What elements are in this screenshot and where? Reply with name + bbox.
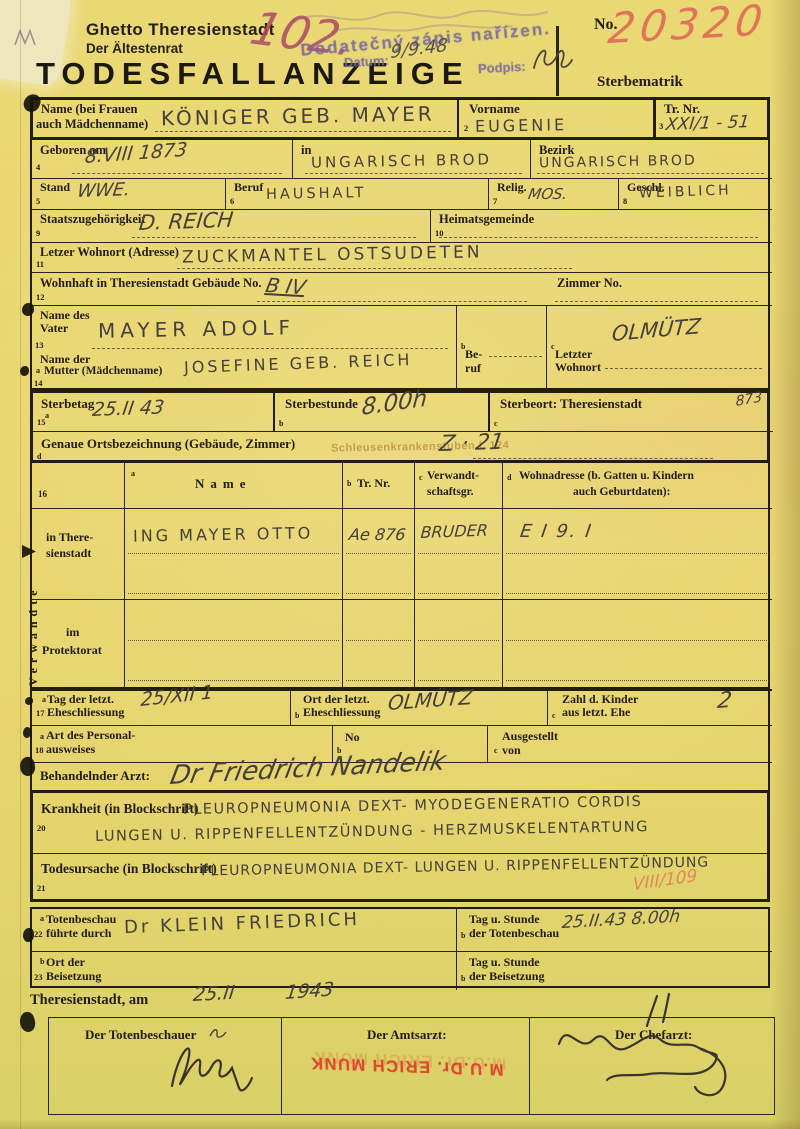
sterbematrik-label: Sterbematrik [597, 74, 683, 91]
col-sub-a: a [131, 469, 135, 478]
totenbeschau-durch-field: a Totenbeschau führte durch 22 Dr KLEIN … [32, 909, 456, 951]
sterbetag-label: Sterbetag [41, 397, 94, 412]
pen-mark [208, 1026, 228, 1040]
ortsbezeichnung-label: Genaue Ortsbezeichnung (Gebäude, Zimmer) [41, 437, 295, 452]
relatives-header: 16 a Name b Tr. Nr. c Verwandt- schaftsg… [32, 463, 772, 509]
vater-beruf-field: b Be- ruf [456, 306, 546, 390]
krankheit-value-2: LUNGEN U. RIPPENFELLENTZÜNDUNG - HERZMUS… [95, 820, 649, 844]
ehe-tag-sub: a [42, 695, 46, 704]
row-arzt: Behandelnder Arzt: Dr Friedrich Nandelik [32, 762, 772, 790]
gebaeude-field: Wohnhaft in Theresienstadt Gebäude No. 1… [32, 273, 547, 305]
totenbeschauer-signature [162, 1032, 262, 1102]
sterbeort-field: Sterbeort: Theresienstadt c 873 [488, 393, 773, 431]
geschl-num: 8 [623, 196, 627, 206]
gebaeude-num: 12 [36, 292, 45, 302]
ehe-kinder-field: c Zahl d. Kinder aus letzt. Ehe 2 [547, 691, 772, 725]
geschl-field: Geschl. 8 WEIBLICH [618, 179, 772, 209]
section-totenbeschau: a Totenbeschau führte durch 22 Dr KLEIN … [30, 907, 770, 988]
vorname-label: Vorname [469, 102, 520, 117]
ehe-tag-label-2: Eheschliessung [47, 706, 124, 719]
ausweis-ausgestellt-label-1: Ausgestellt [502, 730, 558, 743]
empty-cell [342, 600, 414, 689]
name-field: Name (bei Frauen auch Mädchenname) KÖNIG… [33, 100, 457, 137]
sterbetag-field: Sterbetag a 15 25.II 43 [33, 393, 273, 431]
death-notice-document: Ghetto Theresienstadt Der Ältestenrat TO… [0, 0, 800, 1129]
ehe-kinder-label-2: aus letzt. Ehe [562, 706, 630, 719]
relig-num: 7 [493, 196, 497, 206]
mutter-sub: a [36, 366, 40, 375]
geboren-value: 8.VIII 1873 [84, 141, 188, 167]
col-sub-c: c [419, 473, 423, 482]
krankheit-value-1: PLEUROPNEUMONIA DEXT- MYODEGENERATIO COR… [183, 795, 643, 818]
sterbeort-label: Sterbeort: Theresienstadt [500, 397, 642, 412]
ink-blot [25, 697, 33, 705]
vater-baseline [92, 348, 448, 349]
ortsbezeichnung-sub: d [37, 452, 41, 461]
ink-blot [23, 727, 31, 738]
totenbeschau-sub: a [40, 914, 44, 923]
signature-divider-2 [529, 1018, 530, 1114]
stand-value: WWE. [76, 181, 131, 201]
gebaeude-value: B IV [264, 275, 307, 297]
vater-wohnort-label-2: Wohnort [555, 361, 601, 374]
empty-cell [414, 600, 502, 689]
relative-addr-value: E I 9. I [519, 523, 594, 541]
krankheit-num: 20 [37, 823, 46, 833]
ehe-ort-sub: b [295, 711, 299, 720]
geboren-in-value: UNGARISCH BROD [311, 152, 492, 170]
ink-blot [22, 303, 34, 316]
totenbeschau-label-1: Totenbeschau [46, 913, 116, 926]
dotline [418, 680, 499, 681]
relative-verw-cell: BRUDER [414, 509, 502, 599]
ink-blot [23, 928, 34, 942]
relatives-row-theresienstadt: in There- sienstadt ING MAYER OTTO Ae 87… [32, 509, 772, 599]
ausweis-art-num: 18 [35, 745, 44, 755]
zimmer-baseline [555, 301, 758, 302]
sterbestunde-sub: b [279, 419, 283, 428]
sterbeort-margin-note: 873 [736, 390, 763, 409]
col-header-verw: c Verwandt- schaftsgr. [414, 463, 502, 508]
row-gebaeude: Wohnhaft in Theresienstadt Gebäude No. 1… [32, 272, 772, 305]
row-totenbeschau: a Totenbeschau führte durch 22 Dr KLEIN … [32, 909, 772, 951]
bezirk-baseline [537, 173, 764, 174]
matrik-number-red: 20320 [606, 0, 770, 50]
vorname-value: EUGENIE [475, 117, 567, 135]
section-death: Sterbetag a 15 25.II 43 Sterbestunde b 8… [30, 390, 770, 463]
vater-beruf-label-2: ruf [465, 362, 481, 375]
beisetzung-ort-label-1: Ort der [46, 956, 85, 969]
arzt-label: Behandelnder Arzt: [40, 769, 150, 784]
sterbetag-sub: a [45, 411, 49, 420]
name-baseline [155, 131, 451, 132]
trnr-value: XXI/1 - 51 [665, 114, 750, 134]
dotline [346, 640, 411, 641]
dotline [128, 680, 339, 681]
col-label-addr-2: auch Geburtdaten): [573, 486, 670, 499]
heimat-label: Heimatsgemeinde [439, 212, 534, 226]
closing-year: 1943 [284, 980, 335, 1003]
ortsbezeichnung-baseline [473, 458, 713, 459]
col-label-verw-1: Verwandt- [427, 470, 479, 483]
col-header-addr: d Wohnadresse (b. Gatten u. Kindern auch… [502, 463, 772, 508]
mutter-value: JOSEFINE GEB. REICH [184, 352, 413, 376]
org-name-line1: Ghetto Theresienstadt [86, 20, 275, 40]
dotline [506, 680, 769, 681]
geboren-num: 4 [36, 162, 40, 172]
section-name: Name (bei Frauen auch Mädchenname) KÖNIG… [30, 97, 770, 140]
relative-addr-cell: E I 9. I [502, 509, 772, 599]
totenbeschau-zeit-field: b Tag u. Stunde der Totenbeschau 25.II.4… [456, 909, 772, 951]
dotline [346, 553, 411, 554]
geboren-baseline [72, 173, 282, 174]
bezirk-value: UNGARISCH BROD [539, 154, 697, 171]
dotline [128, 593, 339, 594]
beruf-num: 6 [230, 196, 234, 206]
beisetzung-zeit-sub: b [461, 974, 465, 983]
row-ehe: a Tag der letzt. Eheschliessung 17 25/XI… [32, 689, 772, 725]
col-header-trnr: b Tr. Nr. [342, 463, 414, 508]
vater-beruf-label-1: Be- [465, 348, 482, 361]
totenbeschau-label-2: führte durch [46, 927, 111, 940]
closing-date: 25.II [192, 984, 236, 1005]
ehe-tag-field: a Tag der letzt. Eheschliessung 17 25/XI… [32, 691, 290, 725]
ehe-tag-num: 17 [36, 708, 45, 718]
row-geboren: Geboren am 4 8.VIII 1873 in UNGARISCH BR… [32, 140, 772, 178]
dotline [128, 640, 339, 641]
col-label-trnr: Tr. Nr. [357, 477, 390, 490]
ausweis-ausgestellt-sub: c [494, 746, 498, 755]
geboren-in-baseline [305, 173, 522, 174]
beruf-field: Beruf 6 HAUSHALT [225, 179, 488, 209]
ausweis-art-label-1: Art des Personal- [46, 729, 135, 742]
vater-label-2: Vater [40, 322, 68, 335]
section-marriage: a Tag der letzt. Eheschliessung 17 25/XI… [30, 689, 770, 790]
gebaeude-baseline [257, 301, 527, 302]
paper-crease [20, 0, 21, 1129]
section-personal: Geboren am 4 8.VIII 1873 in UNGARISCH BR… [30, 140, 770, 390]
sterbestunde-value: 8.00h [361, 387, 428, 420]
page-edge-shadow-right [770, 0, 800, 1129]
todesursache-num: 21 [37, 883, 46, 893]
trnr-field: Tr. Nr. 3 XXI/1 - 51 [653, 100, 773, 137]
row-beisetzung: b Ort der Beisetzung 23 b Tag u. Stunde … [32, 951, 772, 990]
col-sub-b: b [347, 479, 351, 488]
sterbeort-sub: c [494, 419, 498, 428]
trnr-num: 3 [659, 121, 663, 131]
vater-beruf-baseline [489, 356, 542, 357]
heimat-field: Heimatsgemeinde 10 [430, 210, 772, 242]
beruf-label: Beruf [234, 181, 263, 194]
ausweis-ausgestellt-field: c Ausgestellt von [487, 726, 772, 762]
section-illness: Krankheit (in Blockschrift) 20 PLEUROPNE… [30, 790, 770, 902]
gebaeude-label: Wohnhaft in Theresienstadt Gebäude No. [40, 276, 261, 290]
stamp-datum-label: Datum: [344, 53, 390, 70]
name-label-2: auch Mädchenname) [36, 117, 148, 131]
row-wohnort: Letzer Wohnort (Adresse) 11 ZUCKMANTEL O… [32, 242, 772, 272]
relig-value: MOS. [527, 187, 569, 202]
vater-value: MAYER ADOLF [98, 317, 295, 340]
ehe-ort-label-2: Eheschliessung [303, 706, 380, 719]
dotline [506, 593, 769, 594]
beisetzung-zeit-field: b Tag u. Stunde der Beisetzung [456, 952, 772, 990]
totenbeschau-zeit-label-1: Tag u. Stunde [469, 913, 540, 926]
relative-verw-value: BRUDER [420, 523, 488, 541]
stand-num: 5 [36, 196, 40, 206]
beisetzung-zeit-label-2: der Beisetzung [469, 970, 544, 983]
beisetzung-num: 23 [34, 972, 43, 982]
ehe-kinder-value: 2 [716, 690, 733, 713]
dotline [128, 553, 339, 554]
sterbetag-value: 25.II 43 [91, 398, 165, 420]
row-label-protektorat: im Protektorat [32, 600, 124, 689]
amtsarzt-stamp: M.U.Dr. ERICH MUNK [289, 1052, 525, 1079]
corner-pencil-mark [12, 28, 38, 48]
ehe-kinder-sub: c [552, 711, 556, 720]
vater-num: 13 [35, 340, 44, 350]
vater-wohnort-baseline [605, 368, 762, 369]
ehe-ort-value: OLMÜTZ [387, 687, 474, 713]
ausweis-art-sub: a [40, 732, 44, 741]
relative-trnr-value: Ae 876 [348, 527, 407, 543]
relatives-num: 16 [38, 489, 47, 499]
empty-cell [502, 600, 772, 689]
ausweis-no-label: No [345, 731, 360, 744]
todesursache-label: Todesursache (in Blockschrift) [41, 861, 217, 876]
bezirk-field: Bezirk UNGARISCH BROD [530, 140, 772, 178]
wohnort-label: Letzer Wohnort (Adresse) [40, 245, 179, 259]
podpis-signature [528, 42, 574, 76]
beisetzung-ort-sub: b [40, 957, 44, 966]
ehe-tag-value: 25/XII 1 [140, 683, 214, 710]
row-staat: Staatszugehörigkeit 9 D. REICH Heimatsge… [32, 209, 772, 242]
stand-field: Stand 5 WWE. [32, 179, 225, 209]
illness-divider [33, 853, 767, 854]
col-header-name: a Name [124, 463, 342, 508]
dotline [418, 553, 499, 554]
signature-divider-1 [281, 1018, 282, 1114]
dotline [346, 593, 411, 594]
page-edge-shadow-bottom [0, 1119, 800, 1129]
relative-name-cell: ING MAYER OTTO [124, 509, 342, 599]
row-stand: Stand 5 WWE. Beruf 6 HAUSHALT Relig. 7 M… [32, 178, 772, 209]
totenbeschau-zeit-label-2: der Totenbeschau [469, 927, 559, 940]
form-title: TODESFALLANZEIGE [36, 56, 470, 92]
org-name-line2: Der Ältestenrat [86, 41, 183, 56]
sterbestunde-field: Sterbestunde b 8.00h [273, 393, 488, 431]
staat-value: D. REICH [138, 210, 234, 234]
wohnort-value: ZUCKMANTEL OSTSUDETEN [182, 244, 483, 266]
ortsbezeichnung-value: Z · 21 [438, 432, 505, 456]
mutter-num: 14 [34, 378, 43, 388]
totenbeschau-zeit-sub: b [461, 931, 465, 940]
relative-name-value: ING MAYER OTTO [133, 525, 313, 544]
name-label-1: Name (bei Frauen [41, 102, 138, 116]
protektorat-label-1: im [66, 626, 79, 639]
col-label-name: Name [195, 477, 252, 492]
staat-field: Staatszugehörigkeit 9 D. REICH [32, 210, 430, 242]
vorname-num: 2 [464, 123, 468, 133]
mutter-label-2: Mutter (Mädchenname) [44, 365, 162, 378]
relative-trnr-cell: Ae 876 [342, 509, 414, 599]
totenbeschau-zeit-value: 25.II.43 8.00h [561, 909, 681, 932]
ehe-ort-field: b Ort der letzt. Eheschliessung OLMÜTZ [290, 691, 547, 725]
ortsbezeichnung-field: Genaue Ortsbezeichnung (Gebäude, Zimmer)… [33, 431, 773, 463]
beisetzung-zeit-label-1: Tag u. Stunde [469, 956, 540, 969]
col-label-addr-1: Wohnadresse (b. Gatten u. Kindern [519, 470, 694, 483]
beisetzung-ort-field: b Ort der Beisetzung 23 [32, 952, 456, 990]
heimat-baseline [439, 237, 758, 238]
wohnort-num: 11 [36, 259, 44, 269]
relatives-row-protektorat: im Protektorat [32, 599, 772, 689]
verwandte-side-label: Verwandte [26, 558, 41, 686]
dotline [418, 593, 499, 594]
amtsarzt-label: Der Amtsarzt: [367, 1028, 447, 1043]
ausweis-ausgestellt-label-2: von [502, 744, 521, 757]
dotline [506, 640, 769, 641]
dotline [346, 680, 411, 681]
geboren-field: Geboren am 4 8.VIII 1873 [32, 140, 292, 178]
chefarzt-signature [545, 992, 745, 1107]
relig-label: Relig. [497, 181, 527, 194]
vorname-field: Vorname 2 EUGENIE [457, 100, 653, 137]
name-value: KÖNIGER GEB. MAYER [161, 104, 435, 129]
closing-place-label: Theresienstadt, am [30, 992, 148, 1008]
zimmer-field: Zimmer No. [547, 273, 772, 305]
dotline [418, 640, 499, 641]
row-parents: Name des Vater 13 MAYER ADOLF Name der a… [32, 305, 772, 390]
stand-label: Stand [40, 181, 70, 194]
staat-num: 9 [36, 228, 40, 238]
ink-blot [20, 366, 29, 376]
dotline [506, 553, 769, 554]
staat-baseline [132, 237, 416, 238]
row-label-theresienstadt: in There- sienstadt [32, 509, 124, 599]
krankheit-label: Krankheit (in Blockschrift) [41, 801, 199, 816]
col-sub-d: d [507, 473, 511, 482]
zimmer-label: Zimmer No. [557, 276, 622, 290]
protektorat-label-2: Protektorat [42, 644, 102, 657]
ausweis-art-label-2: ausweises [46, 743, 95, 756]
parents-left-col: Name des Vater 13 MAYER ADOLF Name der a… [32, 306, 456, 390]
sterbestunde-label: Sterbestunde [285, 397, 358, 412]
totenbeschau-num: 22 [34, 929, 43, 939]
beruf-value: HAUSHALT [266, 186, 367, 202]
vater-wohnort-value: OLMÜTZ [611, 316, 701, 345]
geschl-value: WEIBLICH [639, 183, 732, 200]
geboren-in-field: in UNGARISCH BROD [292, 140, 530, 178]
stamp-podpis-label: Podpis: [478, 59, 526, 76]
sterbetag-num: 15 [37, 417, 46, 427]
theresienstadt-label-2: sienstadt [46, 547, 91, 560]
todesursache-margin-note: VIII/109 [633, 868, 697, 894]
relig-field: Relig. 7 MOS. [488, 179, 618, 209]
geboren-in-label: in [301, 143, 311, 157]
vater-wohnort-field: c Letzter Wohnort OLMÜTZ [546, 306, 772, 390]
section-relatives: 16 a Name b Tr. Nr. c Verwandt- schaftsg… [30, 463, 770, 689]
beisetzung-ort-label-2: Beisetzung [46, 970, 101, 983]
empty-cell [124, 600, 342, 689]
wohnort-baseline [177, 268, 572, 269]
staat-label: Staatszugehörigkeit [40, 212, 146, 226]
theresienstadt-label-1: in There- [46, 531, 93, 544]
totenbeschau-value: Dr KLEIN FRIEDRICH [124, 911, 361, 937]
col-label-verw-2: schaftsgr. [427, 486, 474, 499]
